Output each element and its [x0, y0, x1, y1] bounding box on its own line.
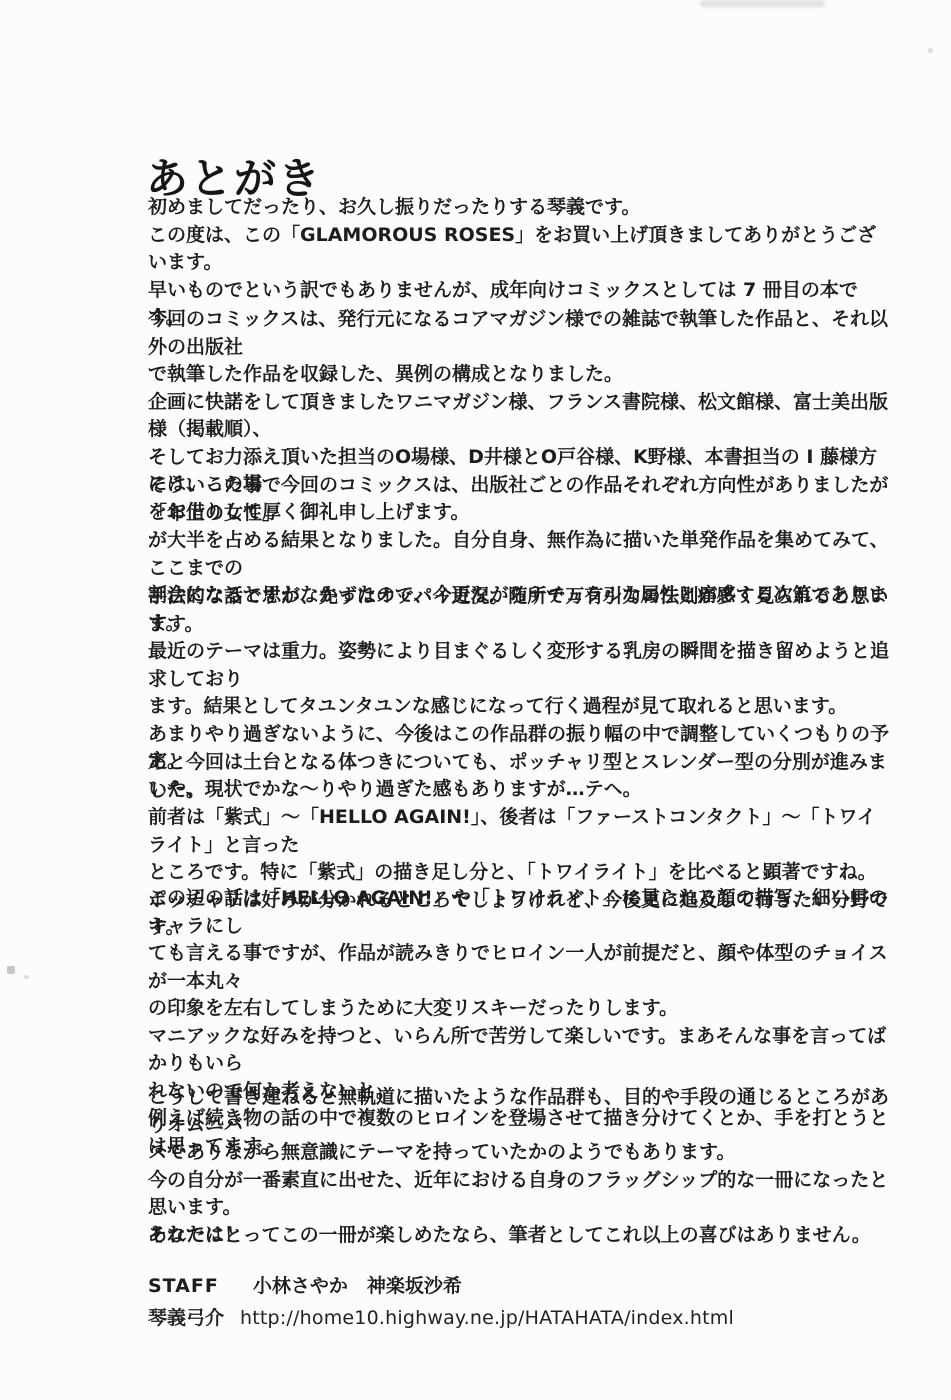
body-line: ても言える事ですが、作品が読みきりでヒロイン一人が前提だと、顔や体型のチョイスが… — [148, 940, 893, 995]
body-line: の印象を左右してしまうために大変リスキーだったりします。 — [148, 995, 893, 1023]
body-line: マニアックな好みを持つと、いらん所で苦労して楽しいです。まあそんな事を言ってばか… — [148, 1023, 893, 1078]
body-line: この辺の話は「HELLO AGAIN!」や「トワイライト」に見られる顔の描写、細… — [148, 885, 893, 940]
staff-names: 小林さやか 神楽坂沙希 — [253, 1275, 462, 1297]
scan-speck-top-right — [928, 48, 933, 53]
body-line: あと今回は土台となる体つきについても、ポッチャリ型とスレンダー型の分別が進みまし… — [148, 749, 893, 804]
author-name: 琴義弓介 — [148, 1307, 224, 1329]
body-line: 最近のテーマは重力。姿勢により目まぐるしく変形する乳房の瞬間を描き留めようと追求… — [148, 638, 893, 693]
body-line: が大半を占める結果となりました。自分自身、無作為に描いた単発作品を集めてみて、こ… — [148, 527, 893, 582]
body-line: 今回のコミックスは、発行元になるコアマガジン様での雑誌で執筆した作品と、それ以外… — [148, 306, 893, 361]
body-line: この度は、この「GLAMOROUS ROSES」をお買い上げ頂きましてありがとう… — [148, 222, 893, 277]
body-line: そういった事で今回のコミックスは、出版社ごとの作品それぞれ方向性がありましたが「… — [148, 472, 893, 527]
body-line: 初めましてだったり、お久し振りだったりする琴義です。 — [148, 194, 893, 222]
scan-speck-left-faint — [24, 975, 29, 979]
scan-speck-left — [7, 966, 15, 974]
body-line: ます。結果としてタユンタユンな感じになって行く過程が見て取れると思います。 — [148, 693, 893, 721]
author-website-line: 琴義弓介http://home10.highway.ne.jp/HATAHATA… — [148, 1304, 928, 1332]
scan-smudge-top — [700, 0, 825, 7]
body-line: で執筆した作品を収録した、異例の構成となりました。 — [148, 361, 893, 389]
body-line: ところです。特に「紫式」の描き足し分と、「トワイライト」を比べると顕著ですね。 — [148, 859, 893, 887]
body-line: 今の自分が一番素直に出せた、近年における自身のフラッグシップ的な一冊になったと思… — [148, 1167, 893, 1222]
staff-credits: STAFF小林さやか 神楽坂沙希 — [148, 1272, 893, 1300]
website-url: http://home10.highway.ne.jp/HATAHATA/ind… — [240, 1307, 734, 1329]
body-line: こうして書き連ねると無軌道に描いたような作品群も、目的や手段の通じるところがあり… — [148, 1084, 893, 1139]
body-line: 企画に快諾をして頂きましたワニマガジン様、フランス書院様、松文館様、富士美出版様… — [148, 389, 893, 444]
closing-line: それでは！ — [148, 1222, 893, 1250]
body-line: スでありながら無意識にテーマを持っていたかのようでもあります。 — [148, 1139, 893, 1167]
body-line: 前者は「紫式」～「HELLO AGAIN!」、後者は「ファーストコンタクト」～「… — [148, 804, 893, 859]
scanned-afterword-page: あとがき 初めましてだったり、お久し振りだったりする琴義です。 この度は、この「… — [0, 0, 951, 1400]
body-line: 手法的な話ですが、先ずはオッパイ近況。随所で万有引力の法則が多く見られると思いま… — [148, 583, 893, 638]
staff-label: STAFF — [148, 1275, 219, 1297]
